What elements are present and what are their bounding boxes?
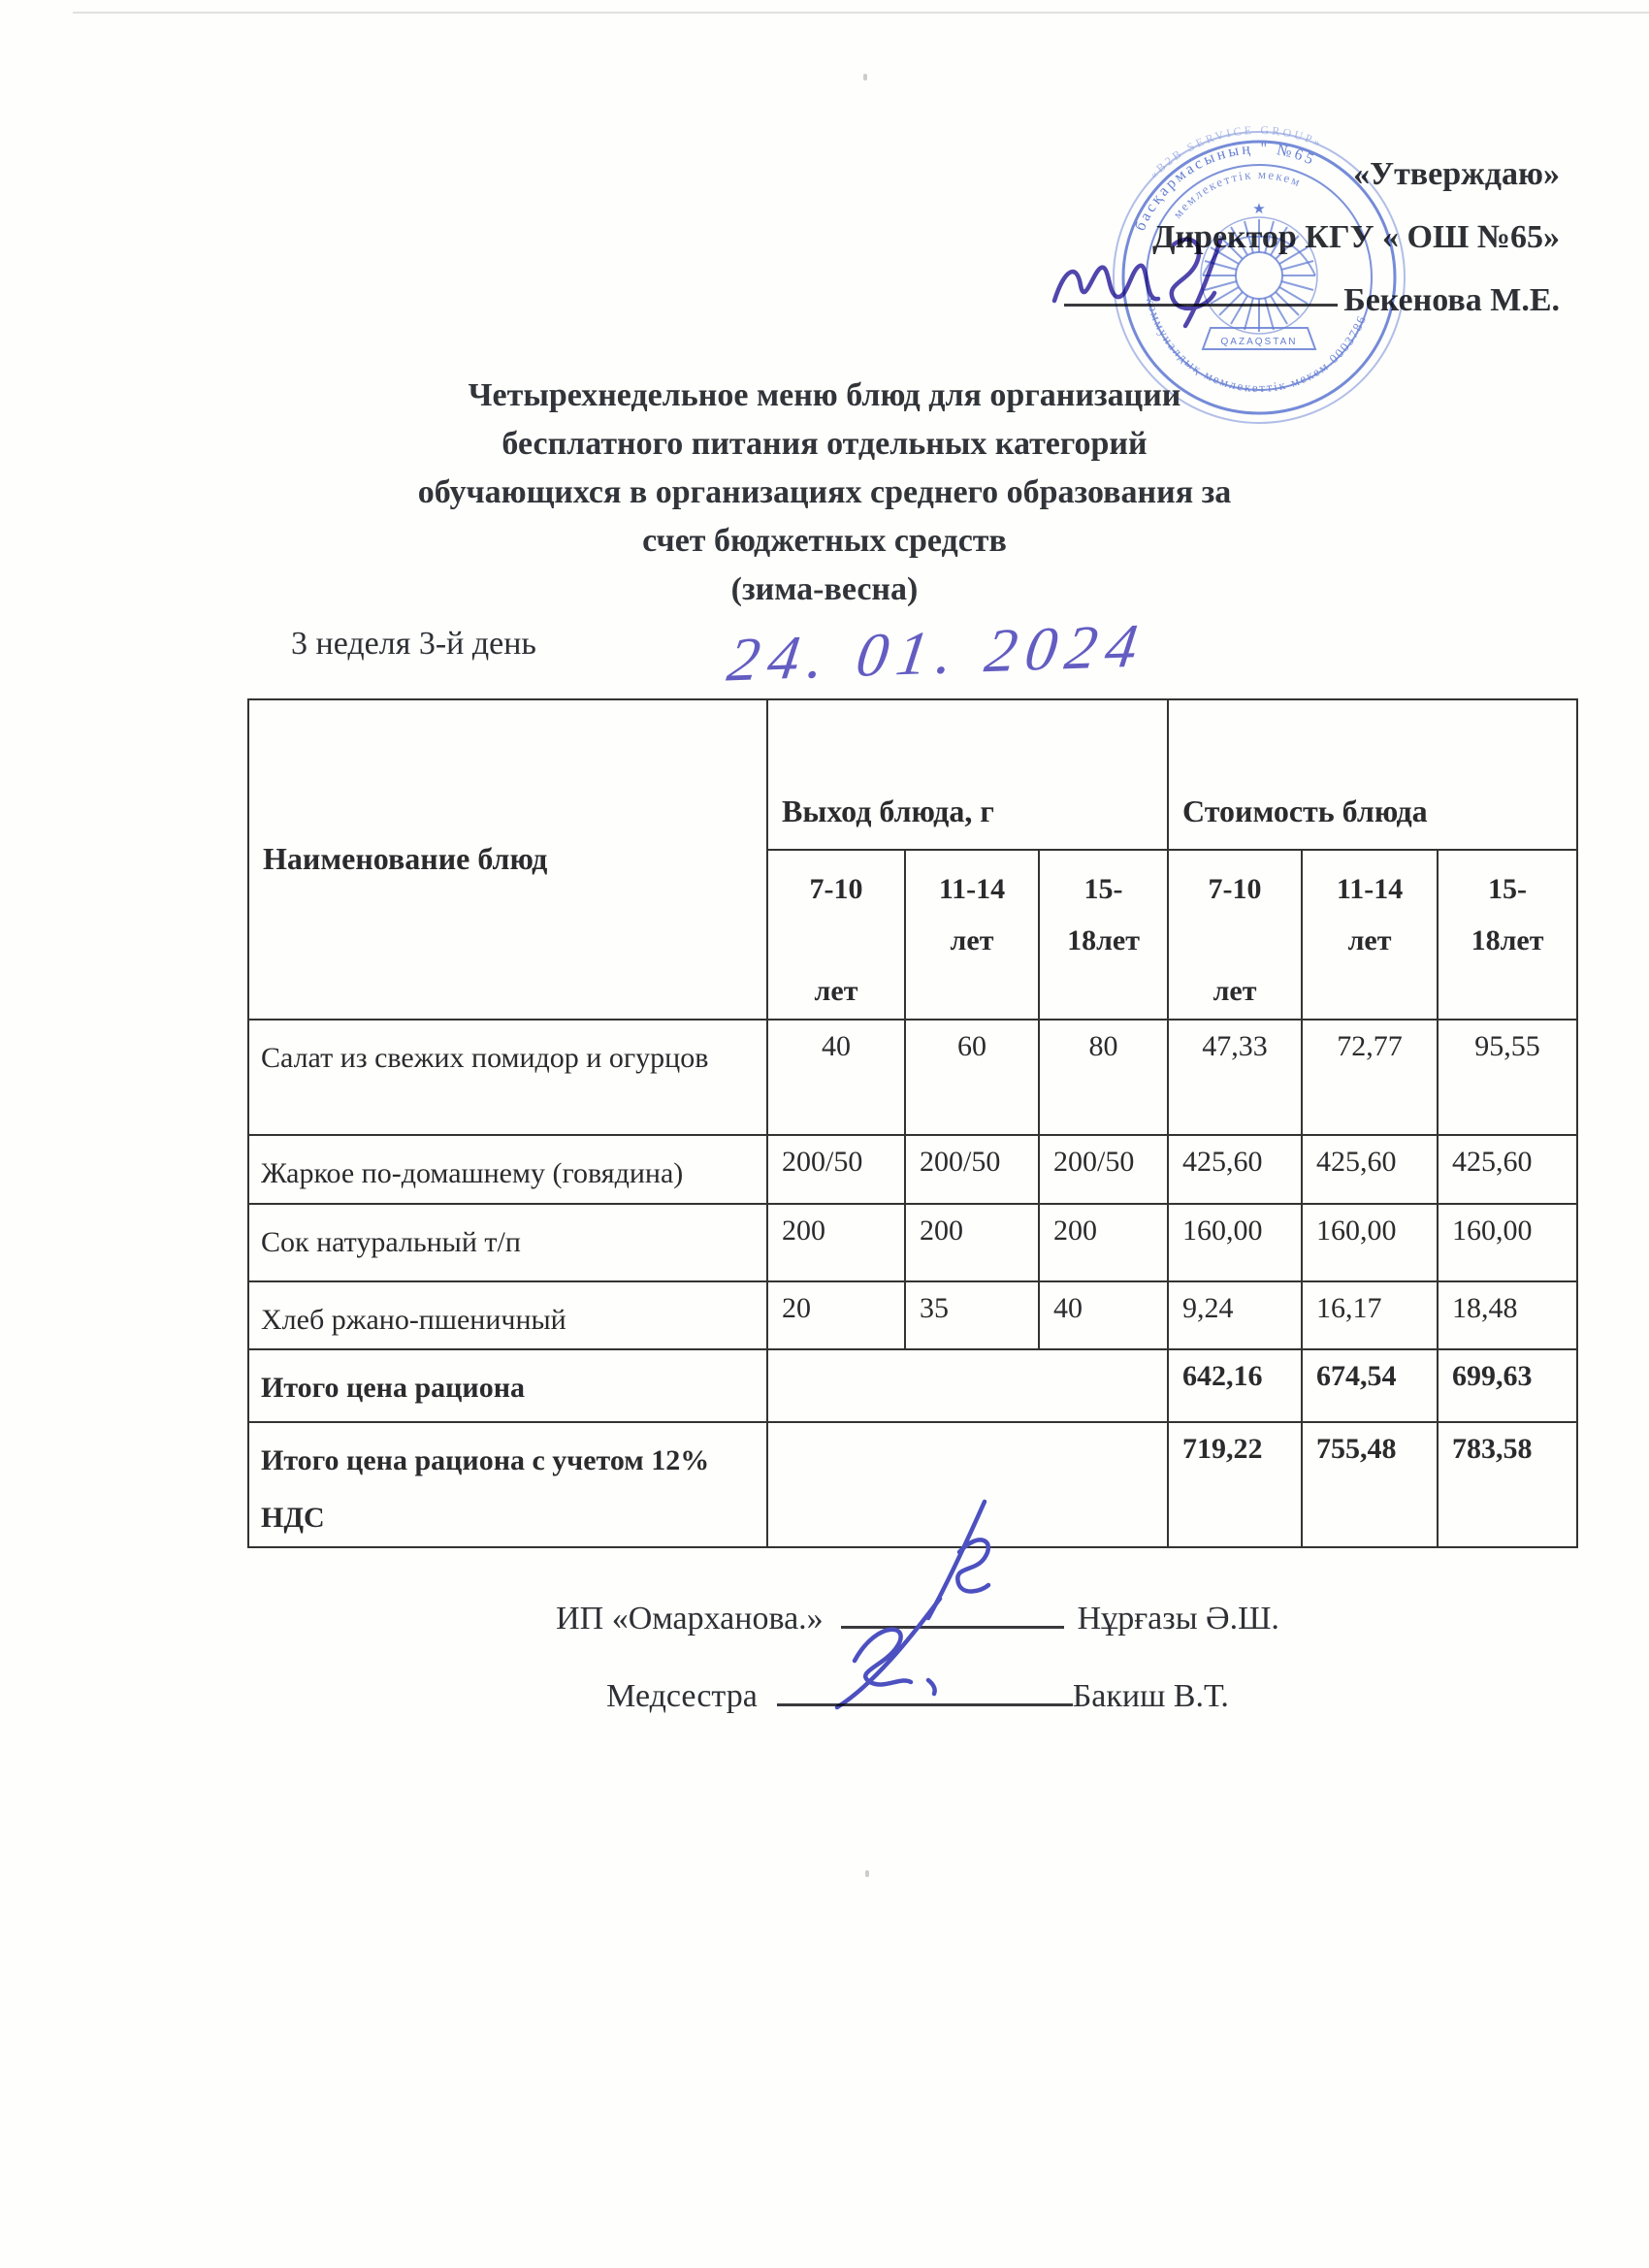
age-column-header: 11-14лет <box>1302 850 1438 1020</box>
dish-name-cell: Сок натуральный т/п <box>248 1204 767 1281</box>
title-line: счет бюджетных средств <box>0 517 1649 566</box>
value-cell: 160,00 <box>1438 1204 1577 1281</box>
value-cell: 160,00 <box>1302 1204 1438 1281</box>
value-cell: 40 <box>1039 1281 1168 1350</box>
value-cell: 20 <box>767 1281 905 1350</box>
table-row: Жаркое по-домашнему (говядина)200/50200/… <box>248 1135 1577 1204</box>
table-row: Сок натуральный т/п200200200160,00160,00… <box>248 1204 1577 1281</box>
merged-blank-cell <box>767 1349 1168 1422</box>
scan-edge-artifact <box>73 12 1649 14</box>
value-cell: 200 <box>767 1204 905 1281</box>
age-column-header: 7-10лет <box>767 850 905 1020</box>
menu-table: Наименование блюд Выход блюда, г Стоимос… <box>247 698 1578 1548</box>
value-cell: 699,63 <box>1438 1349 1577 1422</box>
value-cell: 18,48 <box>1438 1281 1577 1350</box>
nurse-name: Бакиш В.Т. <box>1073 1678 1229 1715</box>
dish-name-cell: Жаркое по-домашнему (говядина) <box>248 1135 767 1204</box>
value-cell: 755,48 <box>1302 1422 1438 1547</box>
column-header-dish-name: Наименование блюд <box>248 699 767 1020</box>
value-cell: 200/50 <box>1039 1135 1168 1204</box>
table-row: Салат из свежих помидор и огурцов4060804… <box>248 1020 1577 1135</box>
value-cell: 60 <box>905 1020 1039 1135</box>
value-cell: 200/50 <box>905 1135 1039 1204</box>
value-cell: 200 <box>905 1204 1039 1281</box>
dish-name-cell: Итого цена рациона <box>248 1349 767 1422</box>
nurse-signature-row: Медсестра Бакиш В.Т. <box>93 1670 1649 1715</box>
value-cell: 783,58 <box>1438 1422 1577 1547</box>
nurse-signature-icon <box>796 1587 1000 1713</box>
table-row: Итого цена рациона642,16674,54699,63 <box>248 1349 1577 1422</box>
value-cell: 9,24 <box>1168 1281 1302 1350</box>
title-line: обучающихся в организациях среднего обра… <box>0 469 1649 517</box>
value-cell: 95,55 <box>1438 1020 1577 1135</box>
handwritten-date: 24. 01. 2024 <box>724 610 1151 697</box>
dish-name-cell: Салат из свежих помидор и огурцов <box>248 1020 767 1135</box>
value-cell: 642,16 <box>1168 1349 1302 1422</box>
signature-line <box>777 1670 1073 1706</box>
seal-star-icon: ★ <box>1252 202 1265 217</box>
value-cell: 425,60 <box>1438 1135 1577 1204</box>
value-cell: 80 <box>1039 1020 1168 1135</box>
title-line: (зима-весна) <box>0 566 1649 614</box>
seal-banner-text: QAZAQSTAN <box>1221 337 1298 347</box>
value-cell: 425,60 <box>1302 1135 1438 1204</box>
column-group-output: Выход блюда, г <box>767 699 1168 850</box>
value-cell: 200 <box>1039 1204 1168 1281</box>
value-cell: 160,00 <box>1168 1204 1302 1281</box>
value-cell: 719,22 <box>1168 1422 1302 1547</box>
value-cell: 200/50 <box>767 1135 905 1204</box>
supplier-name: Нұрғазы Ә.Ш. <box>1078 1601 1279 1637</box>
age-column-header: 11-14лет <box>905 850 1039 1020</box>
week-day-label: 3 неделя 3-й день <box>291 626 536 663</box>
director-signature-icon <box>1040 225 1292 332</box>
title-line: Четырехнедельное меню блюд для организац… <box>0 372 1649 420</box>
value-cell: 47,33 <box>1168 1020 1302 1135</box>
nurse-label: Медсестра <box>606 1678 758 1715</box>
dish-name-cell: Хлеб ржано-пшеничный <box>248 1281 767 1350</box>
dish-name-cell: Итого цена рациона с учетом 12% НДС <box>248 1422 767 1547</box>
value-cell: 72,77 <box>1302 1020 1438 1135</box>
age-column-header: 7-10лет <box>1168 850 1302 1020</box>
scan-speck <box>863 74 867 81</box>
document-title: Четырехнедельное меню блюд для организац… <box>0 372 1649 614</box>
title-line: бесплатного питания отдельных категорий <box>0 420 1649 469</box>
scan-speck <box>865 1870 869 1877</box>
age-column-header: 15-18лет <box>1438 850 1577 1020</box>
supplier-label: ИП «Омарханова.» <box>556 1601 824 1637</box>
table-row: Хлеб ржано-пшеничный2035409,2416,1718,48 <box>248 1281 1577 1350</box>
scanned-menu-document: «Утверждаю» Директор КГУ « ОШ №65» Бекен… <box>0 0 1649 2268</box>
value-cell: 674,54 <box>1302 1349 1438 1422</box>
value-cell: 16,17 <box>1302 1281 1438 1350</box>
value-cell: 40 <box>767 1020 905 1135</box>
age-column-header: 15-18лет <box>1039 850 1168 1020</box>
value-cell: 35 <box>905 1281 1039 1350</box>
column-group-cost: Стоимость блюда <box>1168 699 1577 850</box>
value-cell: 425,60 <box>1168 1135 1302 1204</box>
